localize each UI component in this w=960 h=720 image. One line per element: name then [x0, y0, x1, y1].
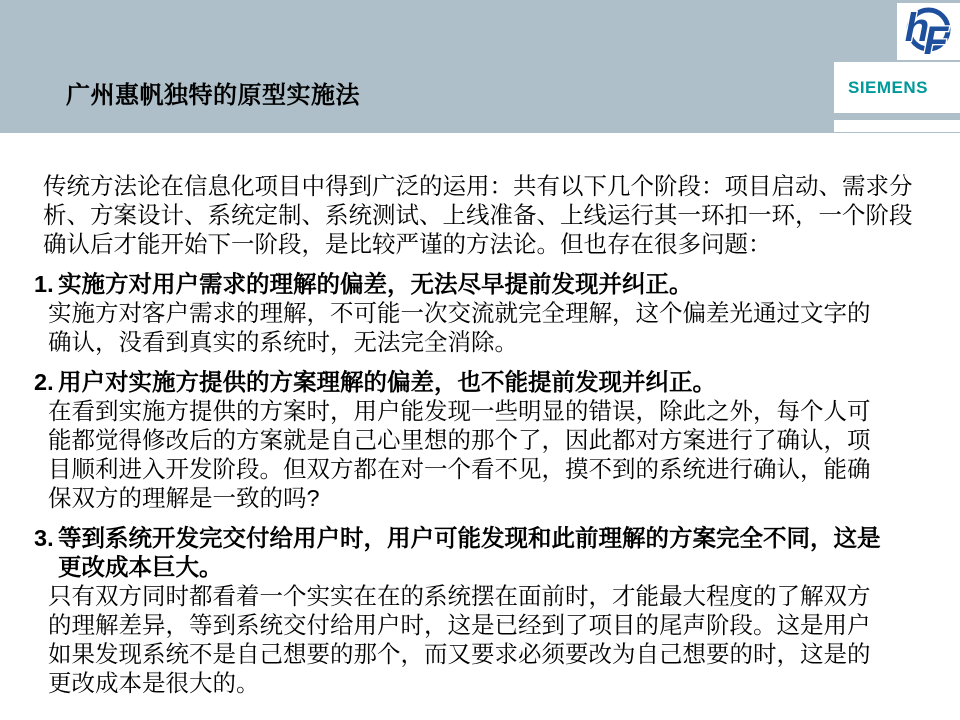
header-band: 广州惠帆独特的原型实施法 h F SIEMENS	[0, 0, 960, 133]
list-item-3-body: 只有双方同时都看着一个实实在在的系统摆在面前时，才能最大程度的了解双方的理解差异…	[48, 582, 882, 698]
list-item-3: 3. 等到系统开发完交付给用户时，用户可能发现和此前理解的方案完全不同，这是更改…	[34, 524, 924, 698]
list-item-2-content: 用户对实施方提供的方案理解的偏差，也不能提前发现并纠正。 在看到实施方提供的方案…	[58, 368, 924, 513]
list-item-2-heading: 用户对实施方提供的方案理解的偏差，也不能提前发现并纠正。	[58, 368, 890, 397]
list-item-1-body: 实施方对客户需求的理解，不可能一次交流就完全理解，这个偏差光通过文字的确认，没看…	[48, 299, 882, 357]
list-item-3-content: 等到系统开发完交付给用户时，用户可能发现和此前理解的方案完全不同，这是更改成本巨…	[58, 524, 924, 698]
header-white-strip	[834, 120, 960, 132]
siemens-wordmark: SIEMENS	[848, 79, 928, 96]
page-title: 广州惠帆独特的原型实施法	[66, 84, 360, 108]
list-item-3-heading: 等到系统开发完交付给用户时，用户可能发现和此前理解的方案完全不同，这是更改成本巨…	[58, 524, 890, 582]
list-item-2: 2. 用户对实施方提供的方案理解的偏差，也不能提前发现并纠正。 在看到实施方提供…	[34, 368, 924, 513]
list-item-2-body: 在看到实施方提供的方案时，用户能发现一些明显的错误，除此之外，每个人可能都觉得修…	[48, 397, 882, 513]
list-item-1-heading: 实施方对用户需求的理解的偏差，无法尽早提前发现并纠正。	[58, 270, 890, 299]
list-item-1: 1. 实施方对用户需求的理解的偏差，无法尽早提前发现并纠正。 实施方对客户需求的…	[34, 270, 924, 357]
slide-body: 传统方法论在信息化项目中得到广泛的运用：共有以下几个阶段：项目启动、需求分析、方…	[34, 172, 924, 698]
hf-logo: h F	[897, 3, 960, 60]
hf-logo-icon: h F	[897, 3, 960, 60]
intro-paragraph: 传统方法论在信息化项目中得到广泛的运用：共有以下几个阶段：项目启动、需求分析、方…	[43, 172, 923, 259]
siemens-logo-box: SIEMENS	[834, 62, 960, 113]
hf-logo-letter-f: F	[924, 19, 950, 60]
list-item-1-content: 实施方对用户需求的理解的偏差，无法尽早提前发现并纠正。 实施方对客户需求的理解，…	[58, 270, 924, 357]
